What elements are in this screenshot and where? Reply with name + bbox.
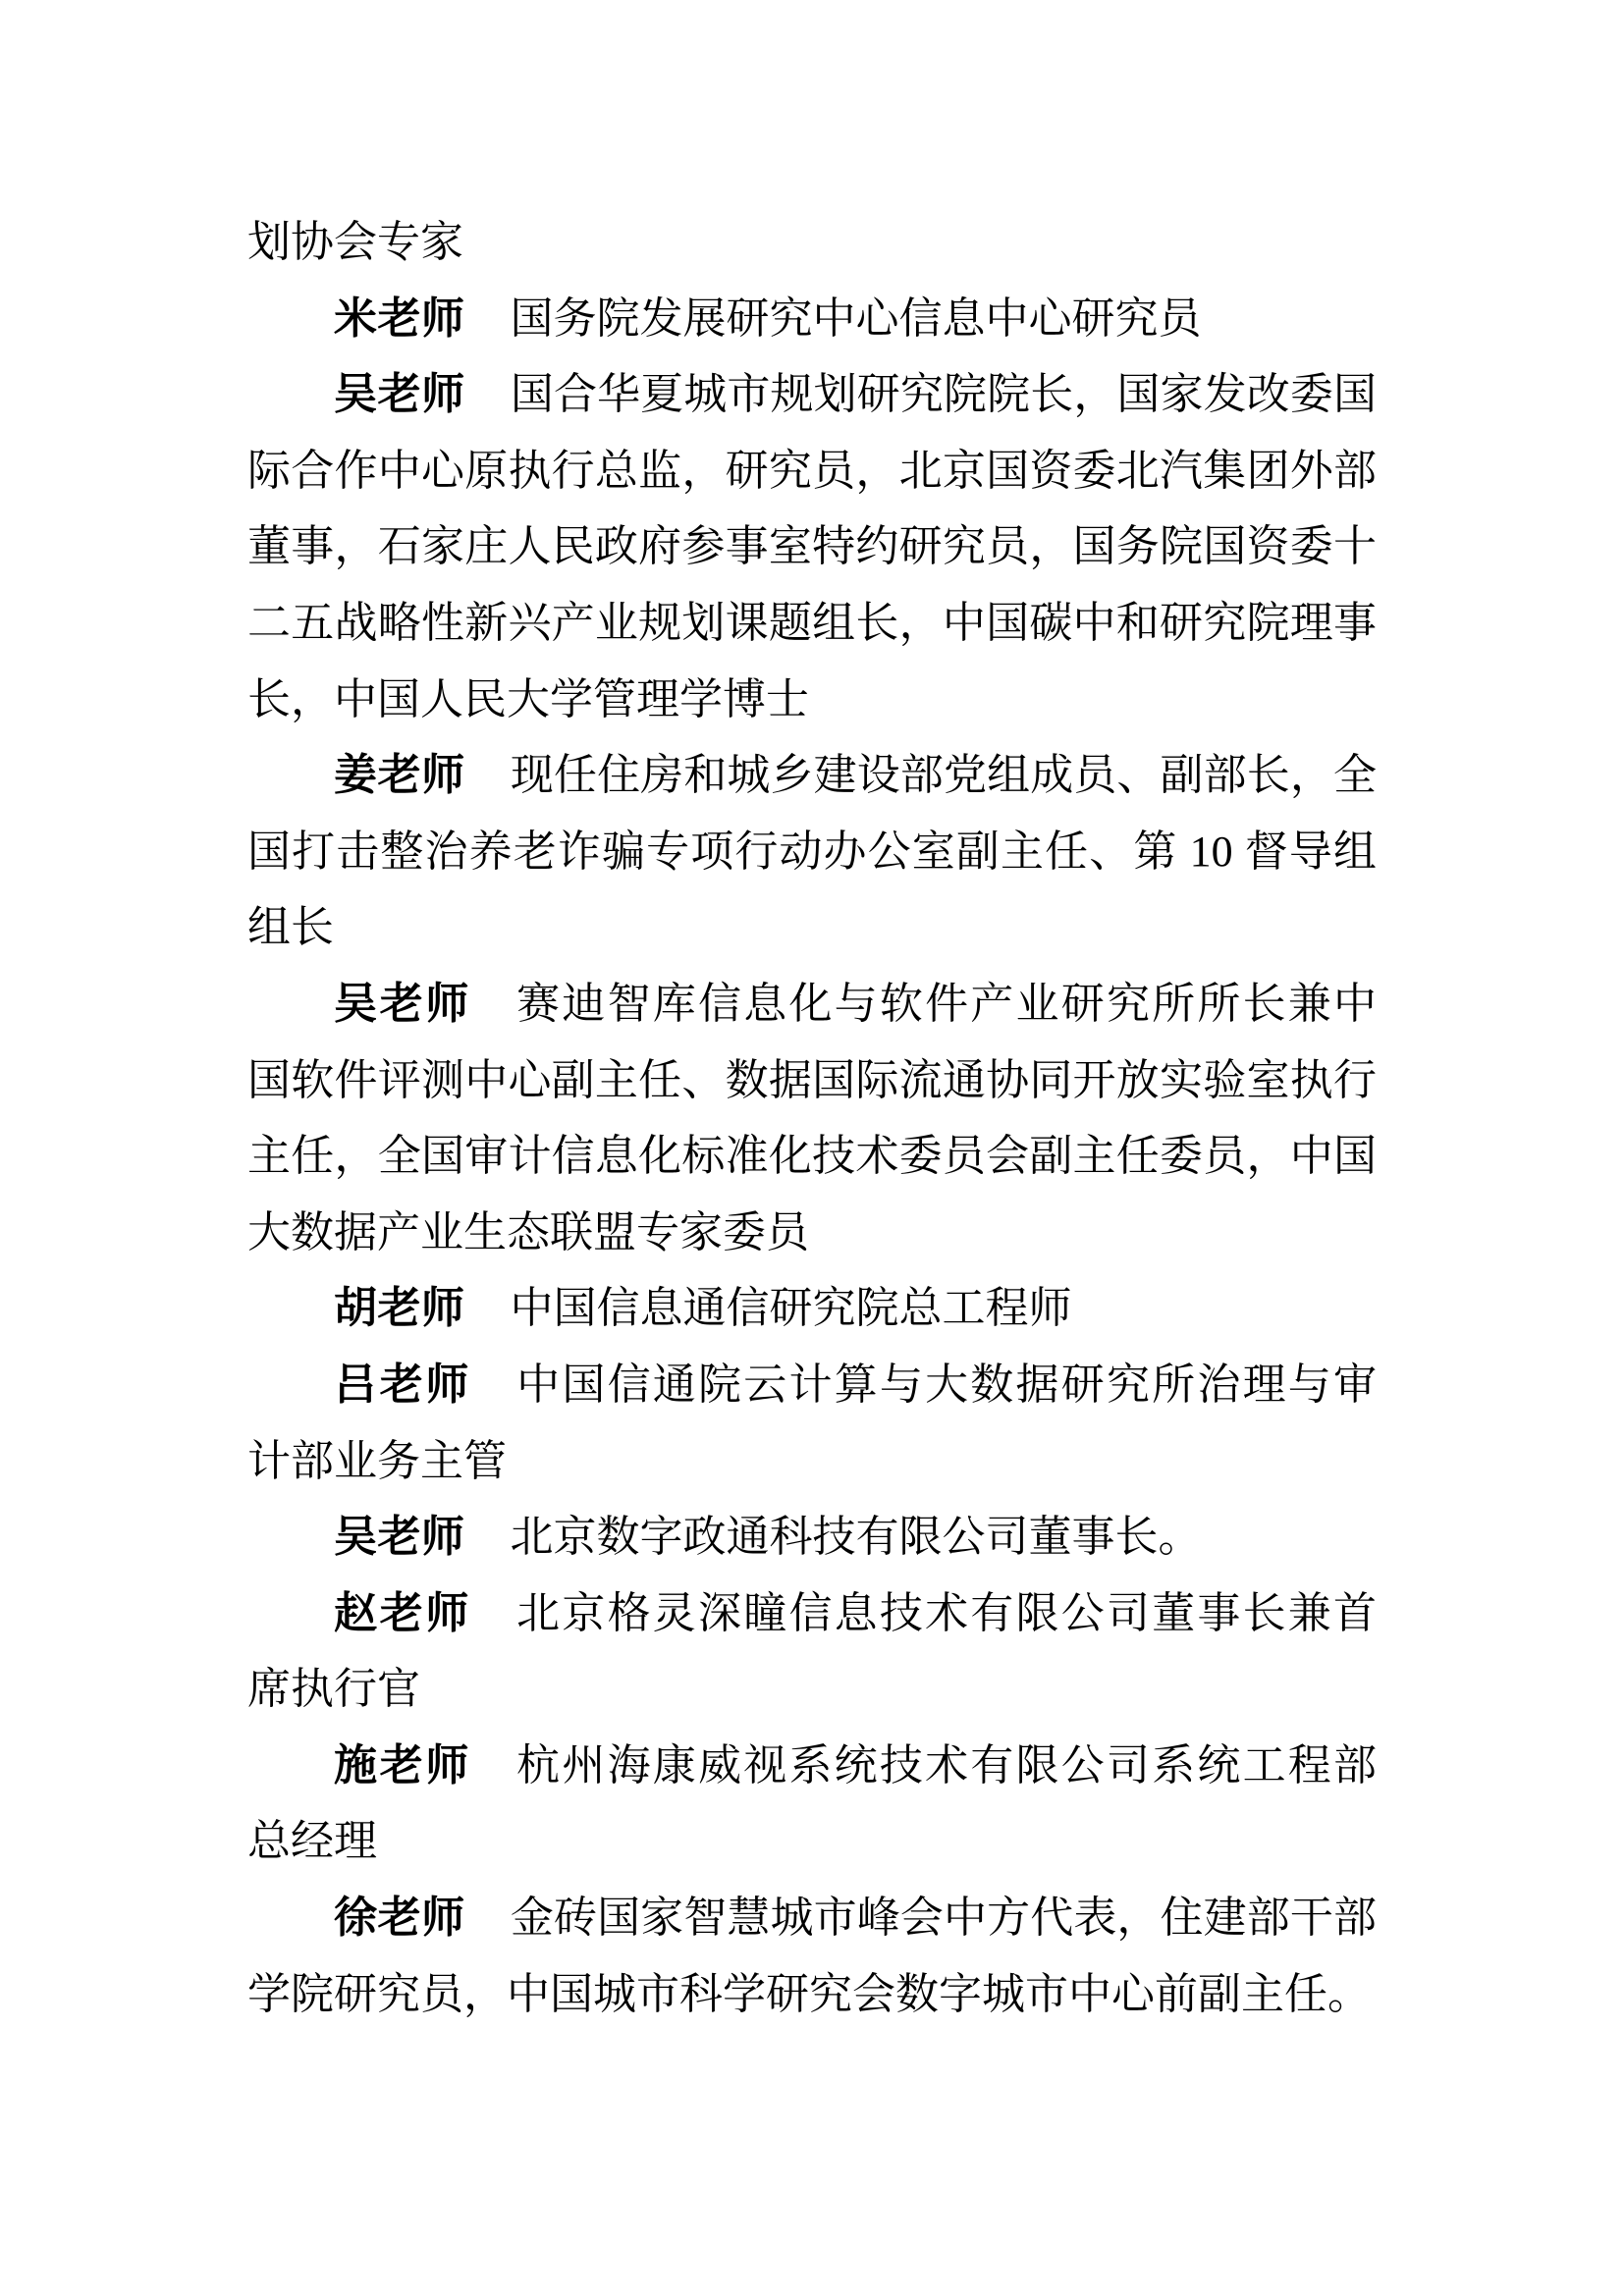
line-text: 学院研究员，中国城市科学研究会数字城市中心前副主任。 [247, 1970, 1371, 2018]
line-text: 现任住房和城乡建设部党组成员、副部长，全 [511, 751, 1377, 799]
document-content: 划协会专家米老师国务院发展研究中心信息中心研究员吴老师国合华夏城市规划研究院院长… [247, 204, 1377, 2032]
text-line: 吴老师北京数字政通科技有限公司董事长。 [247, 1499, 1377, 1575]
text-line: 主任，全国审计信息化标准化技术委员会副主任委员，中国 [247, 1118, 1377, 1195]
text-line: 吕老师中国信通院云计算与大数据研究所治理与审 [247, 1347, 1377, 1423]
expert-name: 姜老师 [334, 751, 465, 799]
text-line: 米老师国务院发展研究中心信息中心研究员 [247, 281, 1377, 357]
line-text: 北京格灵深瞳信息技术有限公司董事长兼首 [516, 1589, 1377, 1637]
expert-name: 胡老师 [334, 1284, 465, 1332]
line-text: 主任，全国审计信息化标准化技术委员会副主任委员，中国 [247, 1132, 1377, 1180]
text-line: 大数据产业生态联盟专家委员 [247, 1195, 1377, 1271]
expert-name: 吴老师 [334, 1513, 465, 1561]
line-text: 金砖国家智慧城市峰会中方代表，住建部干部 [511, 1894, 1377, 1942]
line-text: 中国信通院云计算与大数据研究所治理与审 [516, 1361, 1377, 1409]
text-line: 国打击整治养老诈骗专项行动办公室副主任、第 10 督导组 [247, 814, 1377, 890]
line-text: 计部业务主管 [247, 1437, 507, 1485]
text-line: 吴老师国合华夏城市规划研究院院长，国家发改委国 [247, 356, 1377, 433]
expert-name: 赵老师 [334, 1589, 471, 1637]
line-text: 国软件评测中心副主任、数据国际流通协同开放实验室执行 [247, 1056, 1377, 1104]
line-text: 席执行官 [247, 1665, 420, 1713]
expert-name: 吴老师 [334, 980, 471, 1028]
line-text: 组长 [247, 903, 334, 951]
line-text: 北京数字政通科技有限公司董事长。 [511, 1513, 1202, 1561]
text-line: 徐老师金砖国家智慧城市峰会中方代表，住建部干部 [247, 1880, 1377, 1956]
document-page: 划协会专家米老师国务院发展研究中心信息中心研究员吴老师国合华夏城市规划研究院院长… [0, 0, 1624, 2296]
line-text: 中国信息通信研究院总工程师 [511, 1284, 1072, 1332]
line-text: 二五战略性新兴产业规划课题组长，中国碳中和研究院理事 [247, 599, 1377, 647]
expert-name: 施老师 [334, 1741, 471, 1789]
text-line: 划协会专家 [247, 204, 1377, 281]
text-line: 吴老师赛迪智库信息化与软件产业研究所所长兼中 [247, 966, 1377, 1042]
text-line: 总经理 [247, 1803, 1377, 1880]
line-text: 国打击整治养老诈骗专项行动办公室副主任、第 10 督导组 [247, 828, 1377, 876]
expert-name: 米老师 [334, 294, 465, 343]
text-line: 赵老师北京格灵深瞳信息技术有限公司董事长兼首 [247, 1575, 1377, 1652]
expert-name: 吕老师 [334, 1361, 471, 1409]
text-line: 计部业务主管 [247, 1423, 1377, 1500]
text-line: 胡老师中国信息通信研究院总工程师 [247, 1270, 1377, 1347]
line-text: 董事，石家庄人民政府参事室特约研究员，国务院国资委十 [247, 522, 1377, 570]
line-text: 国务院发展研究中心信息中心研究员 [511, 294, 1202, 343]
text-line: 二五战略性新兴产业规划课题组长，中国碳中和研究院理事 [247, 585, 1377, 662]
line-text: 杭州海康威视系统技术有限公司系统工程部 [516, 1741, 1377, 1789]
expert-name: 徐老师 [334, 1894, 465, 1942]
line-text: 长，中国人民大学管理学博士 [247, 675, 809, 723]
expert-name: 吴老师 [334, 370, 465, 418]
text-line: 董事，石家庄人民政府参事室特约研究员，国务院国资委十 [247, 508, 1377, 585]
text-line: 际合作中心原执行总监，研究员，北京国资委北汽集团外部 [247, 433, 1377, 509]
text-line: 姜老师现任住房和城乡建设部党组成员、副部长，全 [247, 737, 1377, 814]
line-text: 国合华夏城市规划研究院院长，国家发改委国 [511, 370, 1377, 418]
text-line: 国软件评测中心副主任、数据国际流通协同开放实验室执行 [247, 1042, 1377, 1119]
line-text: 赛迪智库信息化与软件产业研究所所长兼中 [516, 980, 1377, 1028]
text-line: 施老师杭州海康威视系统技术有限公司系统工程部 [247, 1728, 1377, 1804]
line-text: 大数据产业生态联盟专家委员 [247, 1208, 809, 1256]
text-line: 长，中国人民大学管理学博士 [247, 662, 1377, 738]
text-line: 组长 [247, 889, 1377, 966]
text-line: 席执行官 [247, 1651, 1377, 1728]
line-text: 划协会专家 [247, 218, 463, 266]
text-line: 学院研究员，中国城市科学研究会数字城市中心前副主任。 [247, 1956, 1377, 2033]
line-text: 际合作中心原执行总监，研究员，北京国资委北汽集团外部 [247, 447, 1377, 495]
line-text: 总经理 [247, 1817, 377, 1865]
